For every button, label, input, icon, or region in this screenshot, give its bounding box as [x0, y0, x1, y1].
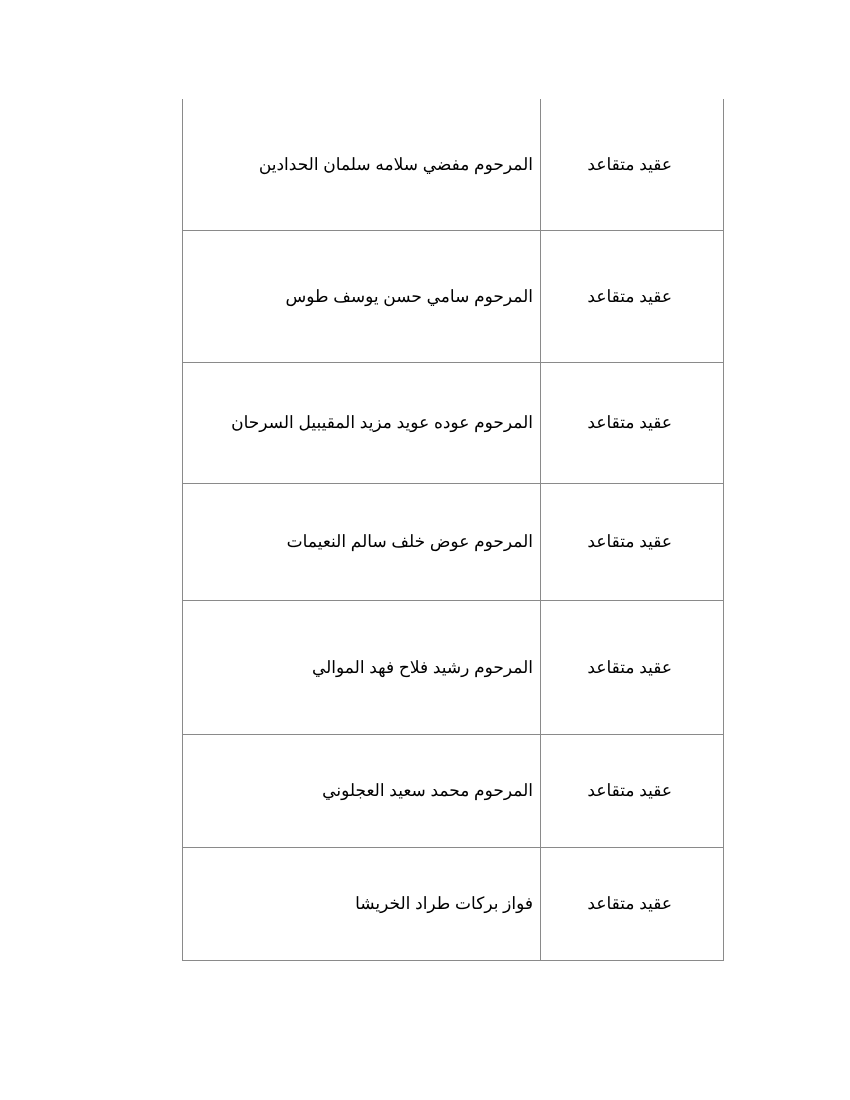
table-row: عقيد متقاعد المرحوم رشيد فلاح فهد الموال… — [182, 601, 724, 735]
name-cell: المرحوم عوض خلف سالم النعيمات — [183, 484, 540, 600]
rank-cell: عقيد متقاعد — [540, 231, 723, 362]
table-row: عقيد متقاعد المرحوم عوض خلف سالم النعيما… — [182, 484, 724, 601]
rank-cell: عقيد متقاعد — [540, 484, 723, 600]
table-row: عقيد متقاعد المرحوم مفضي سلامه سلمان الح… — [182, 99, 724, 231]
name-cell: فواز بركات طراد الخريشا — [183, 848, 540, 960]
table-row: عقيد متقاعد المرحوم محمد سعيد العجلوني — [182, 735, 724, 848]
table-row: عقيد متقاعد فواز بركات طراد الخريشا — [182, 848, 724, 961]
name-cell: المرحوم رشيد فلاح فهد الموالي — [183, 601, 540, 734]
rank-cell: عقيد متقاعد — [540, 363, 723, 483]
rank-cell: عقيد متقاعد — [540, 848, 723, 960]
name-cell: المرحوم محمد سعيد العجلوني — [183, 735, 540, 847]
name-cell: المرحوم سامي حسن يوسف طوس — [183, 231, 540, 362]
rank-cell: عقيد متقاعد — [540, 99, 723, 230]
rank-cell: عقيد متقاعد — [540, 735, 723, 847]
table-row: عقيد متقاعد المرحوم سامي حسن يوسف طوس — [182, 231, 724, 363]
rank-cell: عقيد متقاعد — [540, 601, 723, 734]
name-cell: المرحوم عوده عويد مزيد المقيبيل السرحان — [183, 363, 540, 483]
names-table: عقيد متقاعد المرحوم مفضي سلامه سلمان الح… — [182, 99, 724, 961]
name-cell: المرحوم مفضي سلامه سلمان الحدادين — [183, 99, 540, 230]
table-row: عقيد متقاعد المرحوم عوده عويد مزيد المقي… — [182, 363, 724, 484]
